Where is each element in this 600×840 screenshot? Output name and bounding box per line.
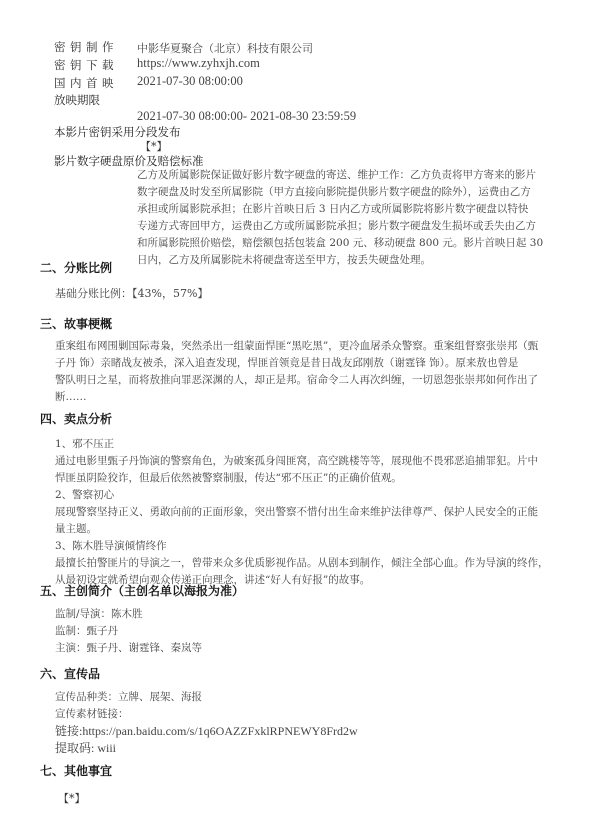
key-maker-value: 中影华夏聚合（北京）科技有限公司	[137, 40, 313, 56]
creator-cast: 主演：甄子丹、谢霆锋、秦岚等	[55, 640, 355, 657]
text-line: 专递方式寄回甲方，运费由乙方或所属影院承担；影片数字硬盘发生损坏或丢失由乙方	[137, 218, 557, 235]
selling-point-title: 3、陈木胜导演倾情终作	[55, 538, 565, 555]
section-heading-synopsis: 三、故事梗概	[40, 315, 112, 332]
text-line: 警队明日之星，而将敖推向罪恶深渊的人，却正是邦。宿命令二人再次纠缠，一切恩怨张崇…	[55, 372, 565, 389]
text-line: 悍匪虽阴险狡诈，但最后依然被警察制服，传达“邪不压正”的正确价值观。	[55, 470, 565, 487]
text-line: 量主题。	[55, 521, 565, 538]
selling-point-title: 1、邪不压正	[55, 436, 565, 453]
text-line: 日内，乙方及所属影院未将硬盘寄送至甲方，按丢失硬盘处理。	[137, 252, 557, 269]
disk-compensation-paragraph: 乙方及所属影院保证做好影片数字硬盘的寄送、维护工作：乙方负责将甲方寄来的影片 数…	[137, 167, 557, 269]
section-heading-creators: 五、主创简介（主创名单以海报为准）	[40, 582, 244, 599]
segmented-release-value: 【*】	[140, 138, 168, 154]
section-heading-selling-points: 四、卖点分析	[40, 410, 112, 427]
promo-list: 宣传品种类：立牌、展架、海报 宣传素材链接： 链接:https://pan.ba…	[55, 689, 455, 757]
text-line: 展现警察坚持正义、勇敢向前的正面形象，突出警察不惜付出生命来维护法律尊严、保护人…	[55, 504, 565, 521]
key-maker-label: 密钥制作	[54, 39, 118, 55]
key-download-link[interactable]: https://www.zyhxjh.com	[137, 56, 260, 71]
selling-point-title: 2、警察初心	[55, 487, 565, 504]
key-download-label: 密钥下载	[54, 57, 118, 73]
screening-period-value: 2021-07-30 08:00:00- 2021-08-30 23:59:59	[137, 109, 356, 124]
creators-list: 监制/导演：陈木胜 监制：甄子丹 主演：甄子丹、谢霆锋、秦岚等	[55, 606, 355, 657]
text-line: 通过电影里甄子丹饰演的警察角色，为破案孤身闯匪窝，高空跳楼等等，展现他不畏邪恶追…	[55, 453, 565, 470]
promo-link[interactable]: 链接:https://pan.baidu.com/s/1q6OAZZFxklRP…	[55, 723, 455, 740]
section-heading-promo: 六、宣传品	[40, 665, 100, 682]
promo-extract-code: 提取码: wiii	[55, 740, 455, 757]
creator-producer: 监制：甄子丹	[55, 623, 355, 640]
text-line: 最擅长拍警匪片的导演之一，曾带来众多优质影视作品。从剧本到制作，倾注全部心血。作…	[55, 555, 565, 572]
screening-period-label: 放映期限	[54, 92, 100, 108]
text-line: 断……	[55, 389, 565, 406]
synopsis-paragraph: 重案组布网围剿国际毒枭，突然杀出一组蒙面悍匪“黑吃黑”，更冷血屠杀众警察。重案组…	[55, 338, 565, 406]
text-line: 乙方及所属影院保证做好影片数字硬盘的寄送、维护工作：乙方负责将甲方寄来的影片	[137, 167, 557, 184]
premiere-label: 国内首映	[54, 75, 118, 91]
revenue-share-text: 基础分账比例：【43%，57%】	[55, 285, 208, 301]
promo-link-label: 宣传素材链接：	[55, 706, 455, 723]
other-matters-value: 【*】	[58, 790, 86, 806]
text-line: 承担或所属影院承担；在影片首映日后 3 日内乙方或所属影院将影片数字硬盘以特快	[137, 201, 557, 218]
section-heading-revenue-share: 二、分账比例	[40, 259, 112, 276]
text-line: 重案组布网围剿国际毒枭，突然杀出一组蒙面悍匪“黑吃黑”，更冷血屠杀众警察。重案组…	[55, 338, 565, 355]
section-heading-other: 七、其他事宜	[40, 762, 112, 779]
selling-points-list: 1、邪不压正 通过电影里甄子丹饰演的警察角色，为破案孤身闯匪窝，高空跳楼等等，展…	[55, 436, 565, 589]
text-line: 和所属影院照价赔偿，赔偿额包括包装盒 200 元、移动硬盘 800 元。影片首映…	[137, 235, 557, 252]
text-line: 数字硬盘及时发至所属影院（甲方直接向影院提供影片数字硬盘的除外），运费由乙方	[137, 184, 557, 201]
premiere-value: 2021-07-30 08:00:00	[137, 74, 243, 89]
text-line: 子丹 饰）亲睹战友被杀，深入追查发现，悍匪首领竟是昔日战友邱刚敖（谢霆锋 饰）。…	[55, 355, 565, 372]
promo-types: 宣传品种类：立牌、展架、海报	[55, 689, 455, 706]
creator-director: 监制/导演：陈木胜	[55, 606, 355, 623]
